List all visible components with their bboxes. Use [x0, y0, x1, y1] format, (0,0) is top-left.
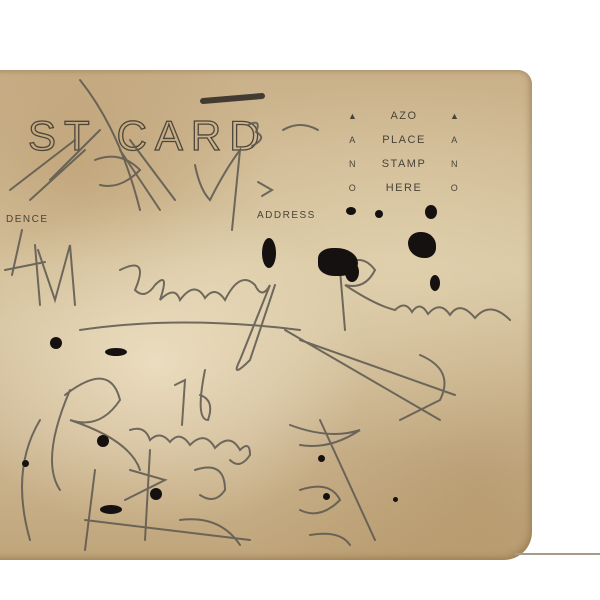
ink-blot [323, 493, 330, 500]
ink-blot [393, 497, 398, 502]
ink-blot [100, 505, 122, 514]
ink-blot [262, 238, 276, 268]
ink-blot [50, 337, 62, 349]
ink-blot [345, 262, 359, 282]
ink-blot [408, 232, 436, 258]
ink-blot [318, 455, 325, 462]
ink-blot [430, 275, 440, 291]
ink-blot [425, 205, 437, 219]
ink-blot [375, 210, 383, 218]
ink-blot [97, 435, 109, 447]
ink-blot [105, 348, 127, 356]
ink-blot [150, 488, 162, 500]
pencil-scribbles [0, 0, 600, 600]
ink-blot [22, 460, 29, 467]
ink-blot [346, 207, 356, 215]
